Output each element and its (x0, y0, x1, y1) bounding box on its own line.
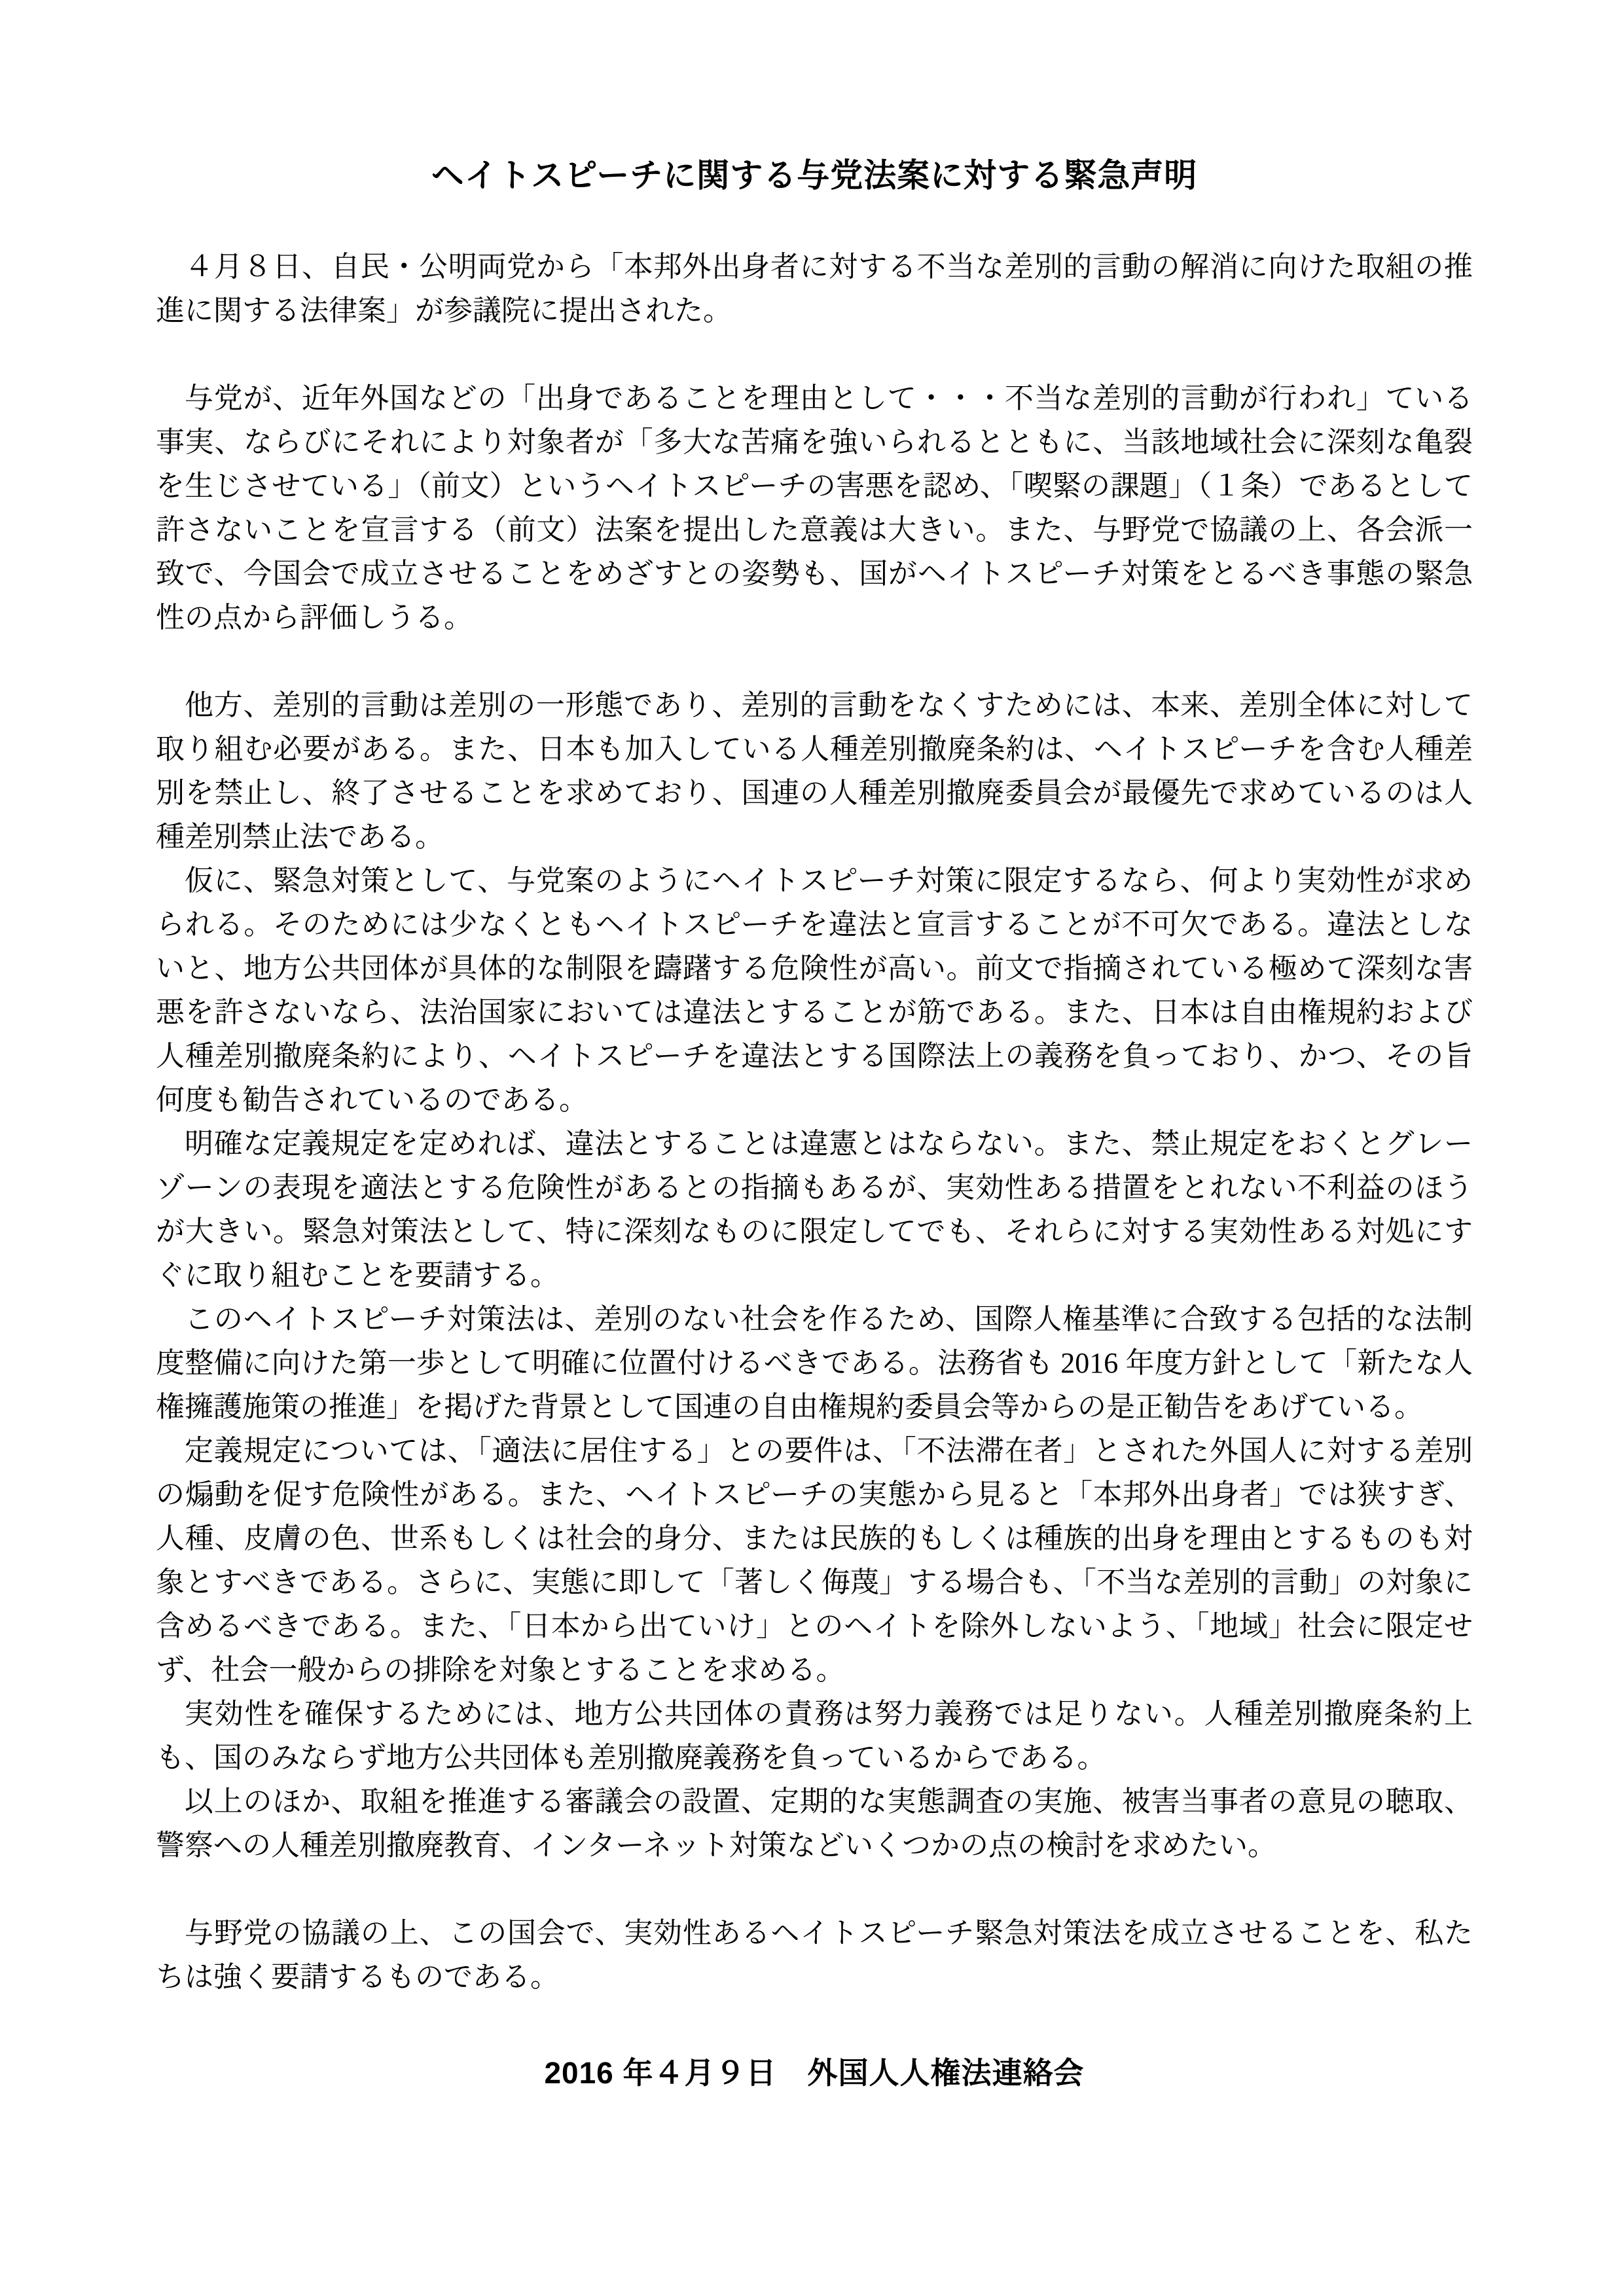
page-title: ヘイトスピーチに関する与党法案に対する緊急声明 (156, 152, 1473, 199)
paragraph-discrimination-general: 他方、差別的言動は差別の一形態であり、差別的言動をなくすためには、本来、差別全体… (156, 683, 1473, 859)
paragraph-local-government-obligation: 実効性を確保するためには、地方公共団体の責務は努力義務では足りない。人種差別撤廃… (156, 1692, 1473, 1780)
paragraph-definition-constitutionality: 明確な定義規定を定めれば、違法とすることは違憲とはならない。また、禁止規定をおく… (156, 1122, 1473, 1297)
paragraph-bill-significance: 与党が、近年外国などの「出身であることを理由として・・・不当な差別的言動が行われ… (156, 376, 1473, 639)
paragraph-definition-provisions: 定義規定については、「適法に居住する」との要件は、「不法滞在者」とされた外国人に… (156, 1429, 1473, 1692)
paragraph-additional-measures: 以上のほか、取組を推進する審議会の設置、定期的な実態調査の実施、被害当事者の意見… (156, 1780, 1473, 1867)
paragraph-comprehensive-legal-framework: このヘイトスピーチ対策法は、差別のない社会を作るため、国際人権基準に合致する包括… (156, 1297, 1473, 1429)
document-page: ヘイトスピーチに関する与党法案に対する緊急声明 ４月８日、自民・公明両党から「本… (0, 0, 1624, 2296)
paragraph-bill-submission: ４月８日、自民・公明両党から「本邦外出身者に対する不当な差別的言動の解消に向けた… (156, 245, 1473, 332)
paragraph-closing-request: 与野党の協議の上、この国会で、実効性あるヘイトスピーチ緊急対策法を成立させること… (156, 1911, 1473, 1999)
document-body: ４月８日、自民・公明両党から「本邦外出身者に対する不当な差別的言動の解消に向けた… (156, 245, 1473, 1999)
paragraph-effectiveness-illegality: 仮に、緊急対策として、与党案のようにヘイトスピーチ対策に限定するなら、何より実効… (156, 859, 1473, 1122)
statement-date-organization: 2016 年４月９日 外国人人権法連絡会 (156, 2051, 1473, 2095)
